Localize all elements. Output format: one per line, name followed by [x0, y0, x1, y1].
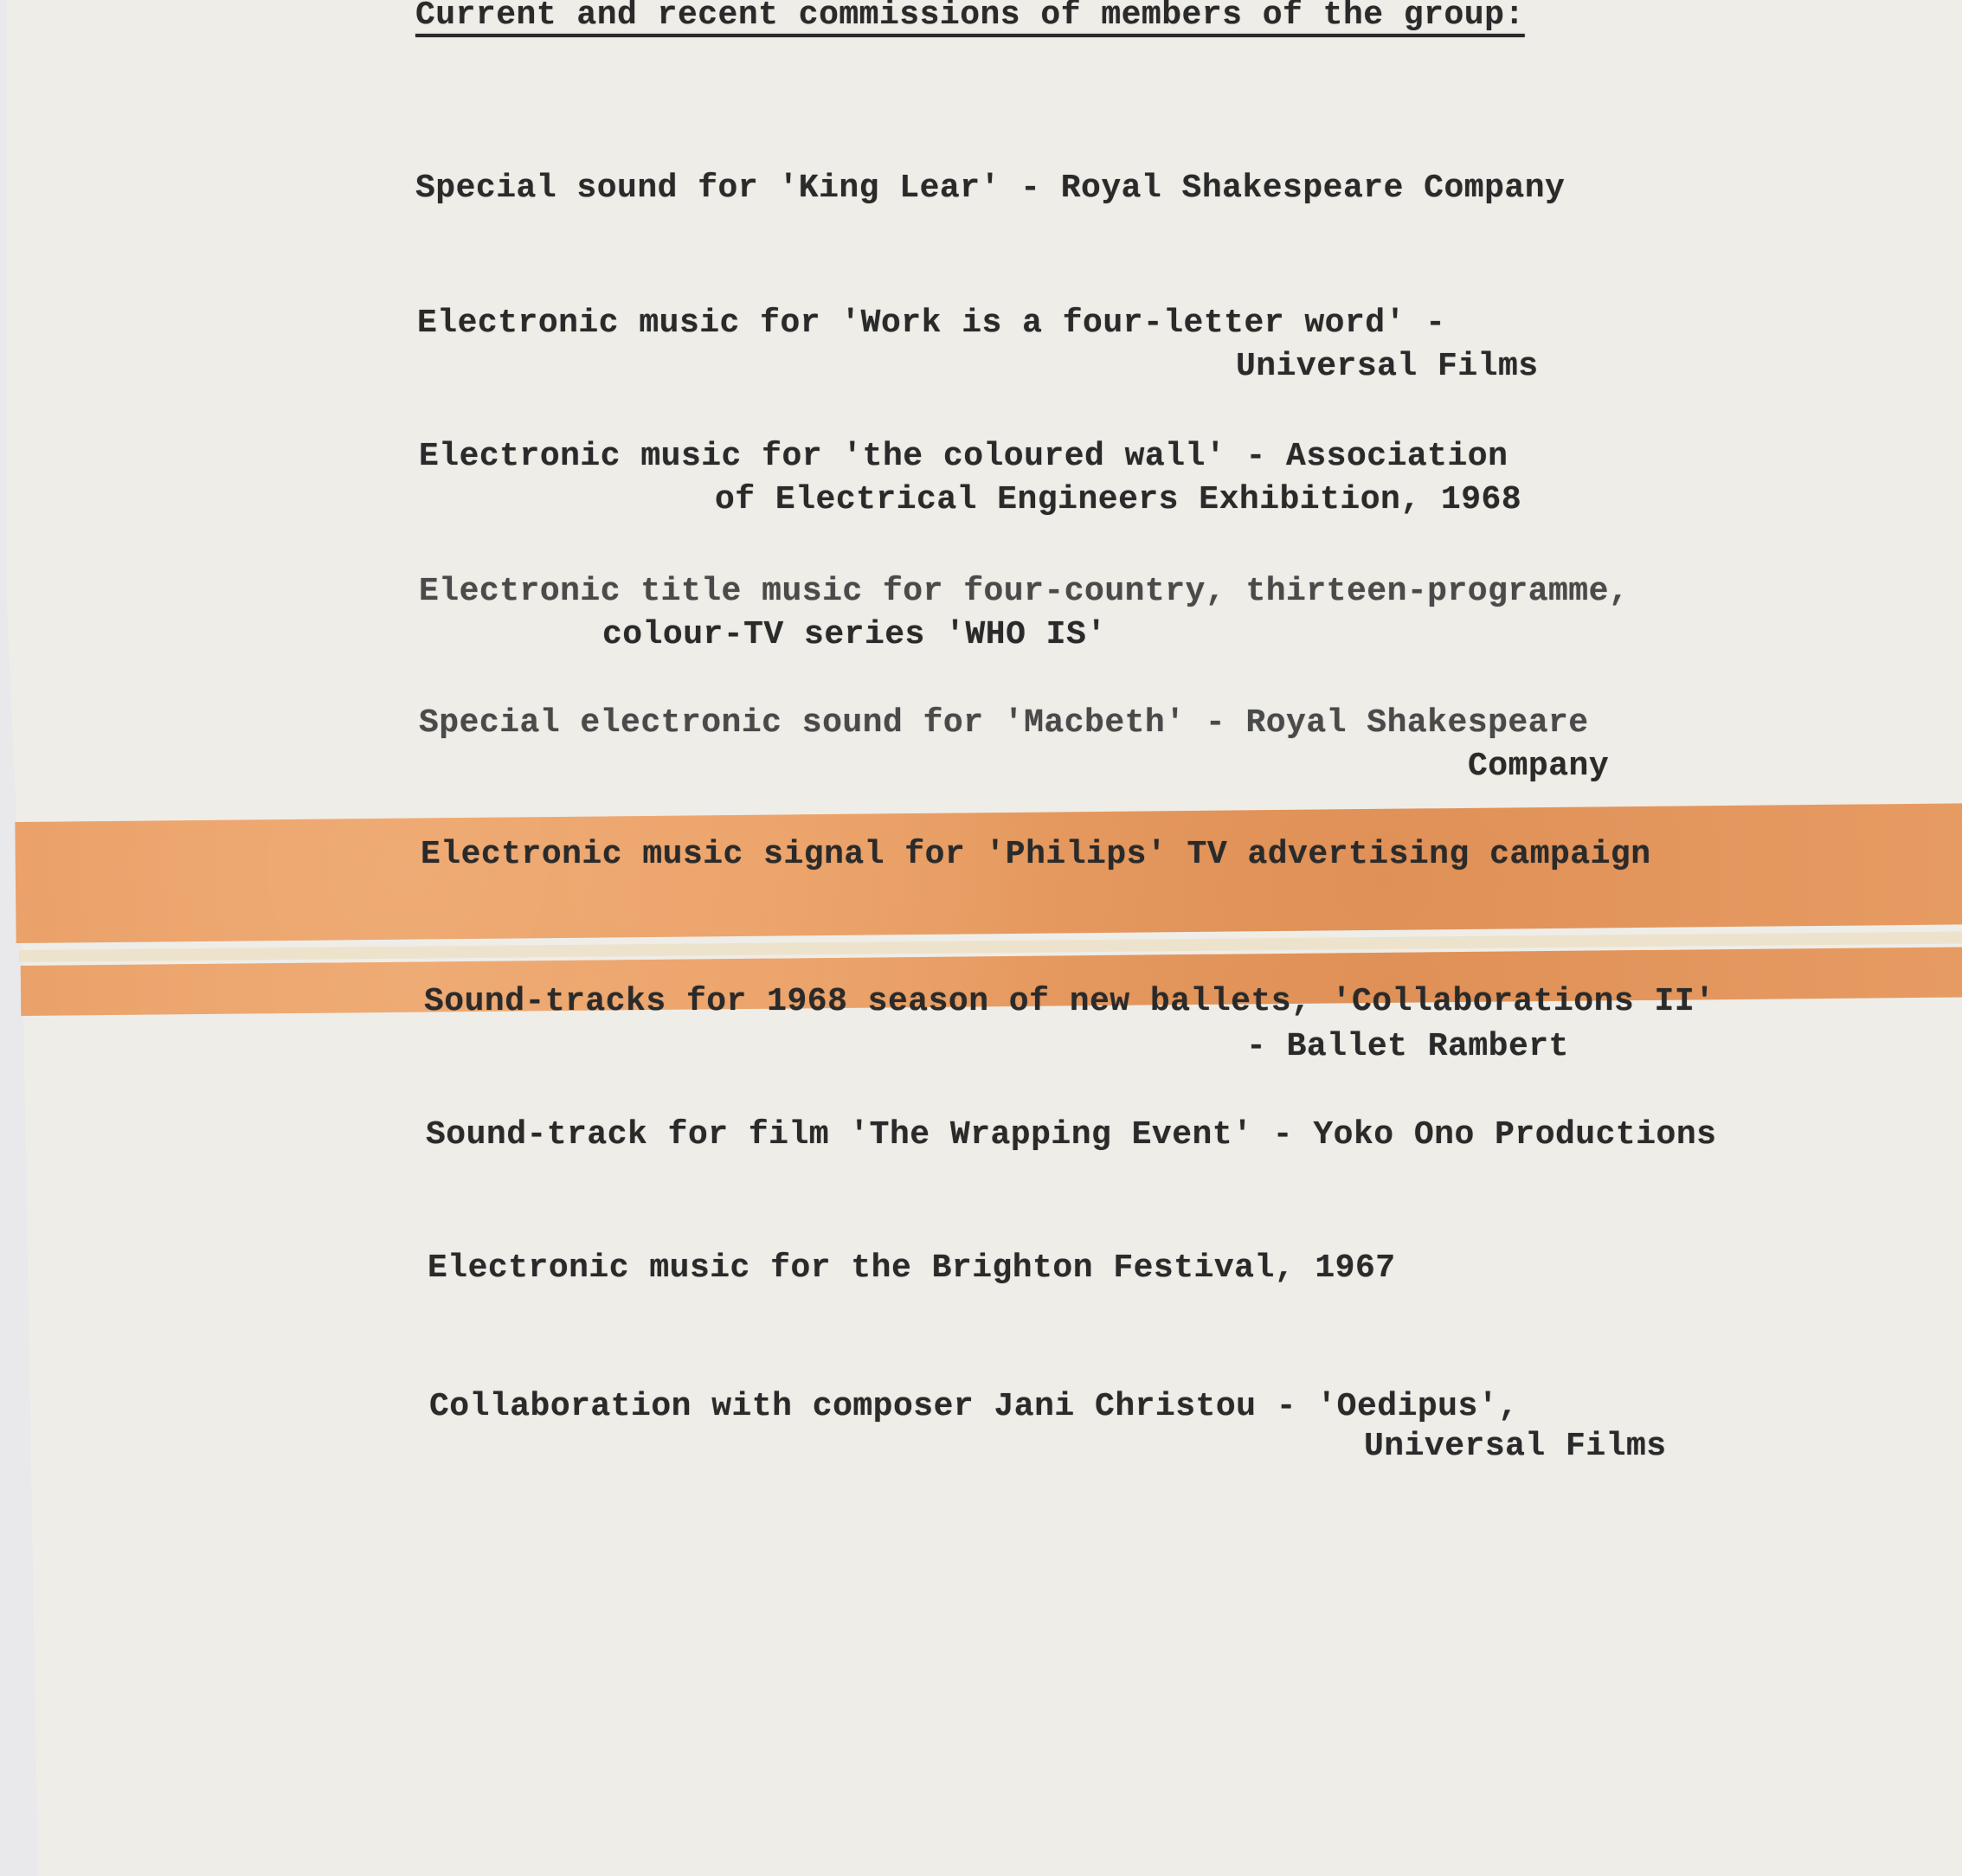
- commission-4-line1: Electronic title music for four-country,…: [419, 573, 1629, 610]
- page-heading: Current and recent commissions of member…: [415, 0, 1525, 34]
- commission-5-line2: Company: [1468, 748, 1609, 785]
- commission-3-line2: of Electrical Engineers Exhibition, 1968: [715, 481, 1521, 518]
- orange-tape-strip-upper: [15, 803, 1962, 943]
- commission-2-line2: Universal Films: [1236, 348, 1539, 385]
- commission-6-line1: Electronic music signal for 'Philips' TV…: [421, 836, 1651, 873]
- commission-4-line2: colour-TV series 'WHO IS': [602, 616, 1107, 653]
- commission-7-line1: Sound-tracks for 1968 season of new ball…: [424, 983, 1714, 1020]
- commission-2-line1: Electronic music for 'Work is a four-let…: [417, 305, 1446, 342]
- commission-7-line2: - Ballet Rambert: [1246, 1028, 1569, 1065]
- commission-9-line1: Electronic music for the Brighton Festiv…: [428, 1250, 1396, 1287]
- commission-10-line1: Collaboration with composer Jani Christo…: [429, 1388, 1518, 1425]
- commission-5-line1: Special electronic sound for 'Macbeth' -…: [419, 704, 1589, 742]
- commission-1-line1: Special sound for 'King Lear' - Royal Sh…: [415, 170, 1565, 207]
- commission-3-line1: Electronic music for 'the coloured wall'…: [419, 438, 1508, 475]
- commission-8-line1: Sound-track for film 'The Wrapping Event…: [426, 1116, 1716, 1153]
- commission-10-line2: Universal Films: [1364, 1428, 1667, 1465]
